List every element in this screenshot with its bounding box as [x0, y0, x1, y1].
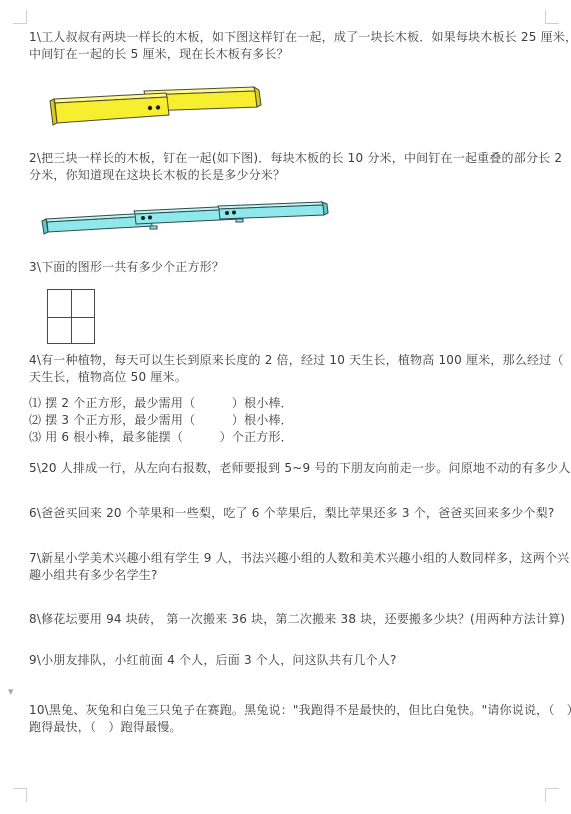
nail-icon: [225, 211, 229, 215]
question-4-line-2: 天生长，植物高位 50 厘米。: [29, 369, 187, 386]
question-7-line-2: 趣小组共有多少名学生?: [29, 567, 158, 584]
subquestion-1: ⑴ 摆 2 个正方形，最少需用（ ）根小棒．: [29, 395, 293, 412]
nail-icon: [232, 211, 236, 215]
page-margin-mark-bottom-right: [545, 788, 559, 802]
question-4-line-1: 4\有一种植物，每天可以生长到原来长度的 2 倍，经过 10 天生长，植物高 1…: [29, 352, 571, 369]
question-3-line-1: 3\下面的图形一共有多少个正方形？: [29, 259, 224, 276]
square-grid-figure: [47, 289, 95, 344]
document-page: 1\工人叔叔有两块一样长的木板，如下图这样钉在一起，成了一块长木板．如果每块木板…: [0, 0, 571, 814]
question-9-line-1: 9\小朋友排队，小红前面 4 个人，后面 3 个人，问这队共有几个人?: [29, 652, 397, 669]
subquestion-2: ⑵ 摆 3 个正方形，最少需用（ ）根小棒．: [29, 412, 293, 429]
cyan-boards-figure: [40, 200, 340, 242]
nail-icon: [148, 216, 152, 220]
grid-horizontal-line: [48, 317, 94, 318]
nail-icon: [156, 105, 160, 109]
subquestion-3: ⑶ 用 6 根小棒，最多能摆（ ）个正方形．: [29, 429, 293, 446]
question-7-line-1: 7\新星小学美术兴趣小组有学生 9 人，书法兴趣小组的人数和美术兴趣小组的人数同…: [29, 550, 569, 567]
question-5-line-1: 5\20 人排成一行，从左向右报数，老师要报到 5~9 号的下朋友向前走一步。问…: [29, 460, 571, 477]
page-margin-mark-top-left: [13, 10, 27, 24]
question-2-line-1: 2\把三块一样长的木板，钉在一起(如下图)．每块木板的长 10 分米，中间钉在一…: [29, 150, 562, 167]
nail-icon: [141, 216, 145, 220]
page-margin-mark-bottom-left: [13, 788, 27, 802]
question-8-line-1: 8\修花坛要用 94 块砖， 第一次搬来 36 块，第二次搬来 38 块，还要搬…: [29, 611, 565, 628]
question-1-line-1: 1\工人叔叔有两块一样长的木板，如下图这样钉在一起，成了一块长木板．如果每块木板…: [29, 29, 571, 46]
board-under-tab: [236, 219, 243, 222]
yellow-boards-figure: [40, 83, 320, 138]
board-under-tab: [150, 226, 157, 229]
question-10-line-2: 跑得最快，（ ）跑得最慢。: [29, 719, 182, 736]
cyan-board-3: [218, 202, 328, 219]
question-10-line-1: 10\黑兔、灰兔和白兔三只兔子在赛跑。黑兔说："我跑得不是最快的，但比白兔快。"…: [29, 702, 571, 719]
page-margin-mark-top-right: [545, 10, 559, 24]
question-2-line-2: 分米，你知道现在这块长木板的长是多少分米？: [29, 167, 285, 184]
question-6-line-1: 6\爸爸买回来 20 个苹果和一些梨，吃了 6 个苹果后，梨比苹果还多 3 个，…: [29, 505, 554, 522]
side-collapse-marker-icon[interactable]: ▾: [8, 686, 14, 697]
nail-icon: [148, 106, 152, 110]
question-1-line-2: 中间钉在一起的长 5 厘米，现在长木板有多长？: [29, 46, 289, 63]
